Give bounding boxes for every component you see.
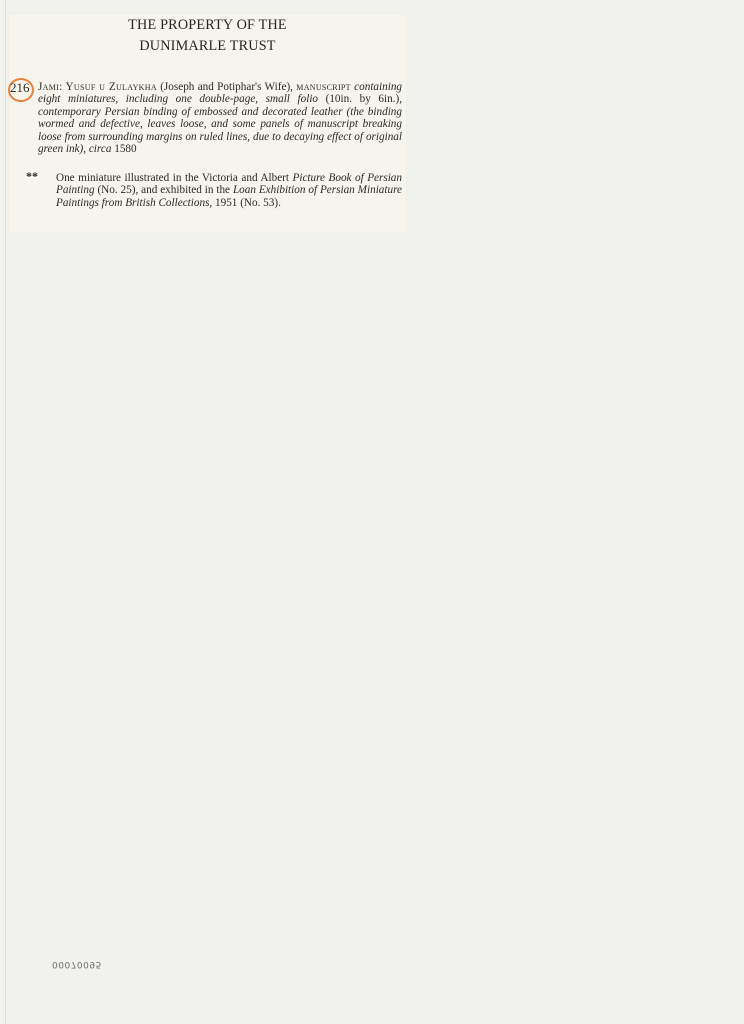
lot-author: Jami: [38, 81, 59, 93]
lot-dimensions: (10in. by 6in.): [326, 93, 400, 105]
note-text-2: (No. 25), and exhibited in the: [95, 184, 233, 196]
heading-line-1: THE PROPERTY OF THE: [9, 17, 406, 34]
catalogue-clipping: THE PROPERTY OF THE DUNIMARLE TRUST 216 …: [9, 14, 406, 232]
lot-title-translation: (Joseph and Potiphar's Wife),: [157, 81, 296, 93]
lot-note: One miniature illustrated in the Victori…: [56, 172, 402, 209]
note-asterisk-icon: **: [26, 172, 38, 180]
note-text-3: 1951 (No. 53).: [212, 197, 281, 209]
page-edge: [5, 0, 6, 1024]
lot-number: 216: [10, 80, 30, 96]
lot-title: Yusuf u Zulaykha: [66, 81, 157, 93]
lot-circa: circa: [89, 143, 112, 155]
note-text-1: One miniature illustrated in the Victori…: [56, 172, 293, 184]
lot-description: Jami: Yusuf u Zulaykha (Joseph and Potip…: [38, 81, 402, 155]
lot-type: manuscript: [296, 81, 351, 93]
heading-line-2: DUNIMARLE TRUST: [9, 38, 406, 55]
handwritten-annotation: 00070095: [52, 959, 102, 969]
lot-date: 1580: [111, 143, 136, 155]
